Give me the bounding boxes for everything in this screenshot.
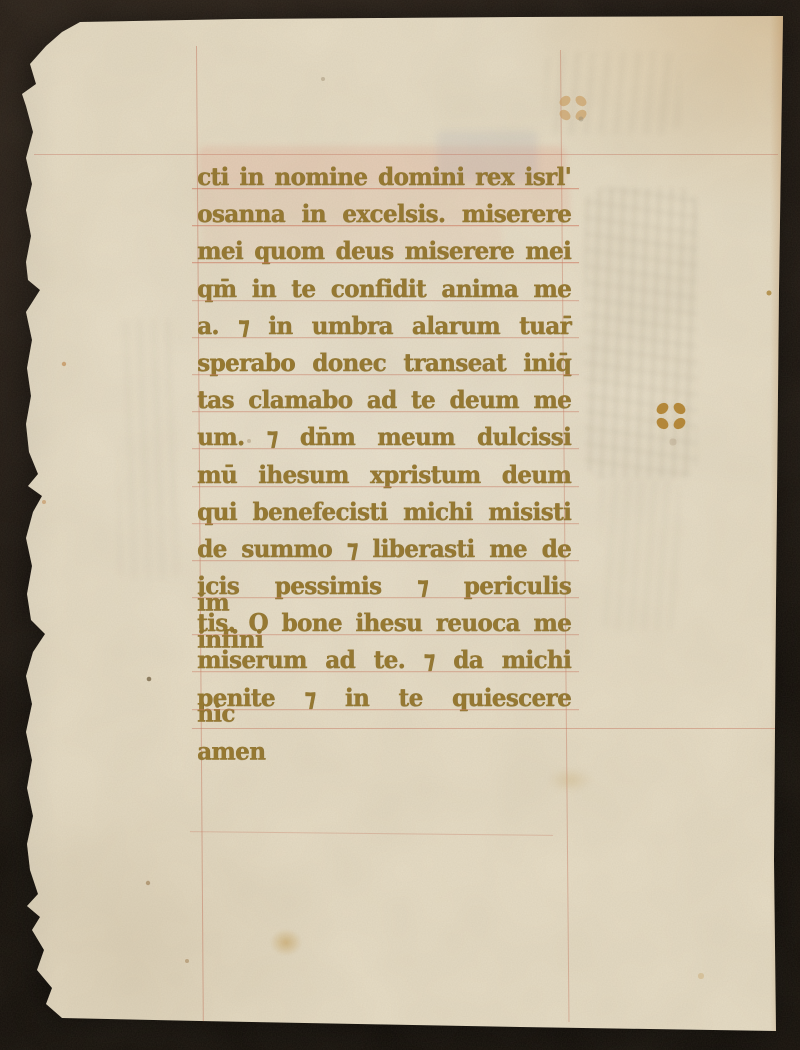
dirt-specks — [0, 0, 2, 2]
verso-showthrough-marks — [118, 320, 180, 580]
manuscript-text-line: tis. O bone ihesu reuoca me — [197, 597, 571, 637]
vellum-leaf-shadow: cti in nomine domini rex isrl' osanna in… — [0, 0, 800, 1050]
manuscript-text-line: de summo ⁊ liberasti me de im — [197, 523, 571, 563]
text-block: cti in nomine domini rex isrl' osanna in… — [197, 152, 571, 710]
manuscript-text-line: miserum ad te. ⁊ da michi hic — [197, 634, 571, 674]
manuscript-text-line: icis pessimis ⁊ periculis infini — [197, 560, 571, 600]
manuscript-text-line: qm̄ in te confidit anima me — [197, 262, 571, 302]
stain — [548, 768, 592, 792]
manuscript-text-line: a. ⁊ in umbra alarum tuar̄ — [197, 299, 571, 339]
manuscript-text-line: um. ⁊ dn̄m meum dulcissi — [197, 411, 571, 451]
manuscript-text-line: osanna in excelsis. miserere — [197, 188, 571, 228]
manuscript-text-line: mei quom deus miserere mei — [197, 225, 571, 265]
stain — [270, 929, 302, 956]
ruling-line-horizontal-lower-margin — [190, 831, 553, 836]
manuscript-photo: cti in nomine domini rex isrl' osanna in… — [0, 0, 800, 1050]
ruling-line-horizontal-bottom — [192, 728, 776, 729]
manuscript-text-line: sperabo donec transeat iniq̄ — [197, 337, 571, 377]
manuscript-text-line: qui benefecisti michi misisti — [197, 485, 571, 525]
manuscript-text-line: mū ihesum xpristum deum — [197, 448, 571, 488]
manuscript-text-line: penite ⁊ in te quiescere amen — [197, 671, 571, 711]
manuscript-text-line: cti in nomine domini rex isrl' — [197, 151, 571, 191]
gold-quatrefoil-ornament-middle — [649, 394, 693, 438]
verso-showthrough-marks — [600, 480, 680, 630]
vellum-leaf: cti in nomine domini rex isrl' osanna in… — [0, 0, 800, 1050]
manuscript-text-line: tas clamabo ad te deum me — [197, 374, 571, 414]
gold-quatrefoil-ornament-upper — [552, 87, 594, 129]
